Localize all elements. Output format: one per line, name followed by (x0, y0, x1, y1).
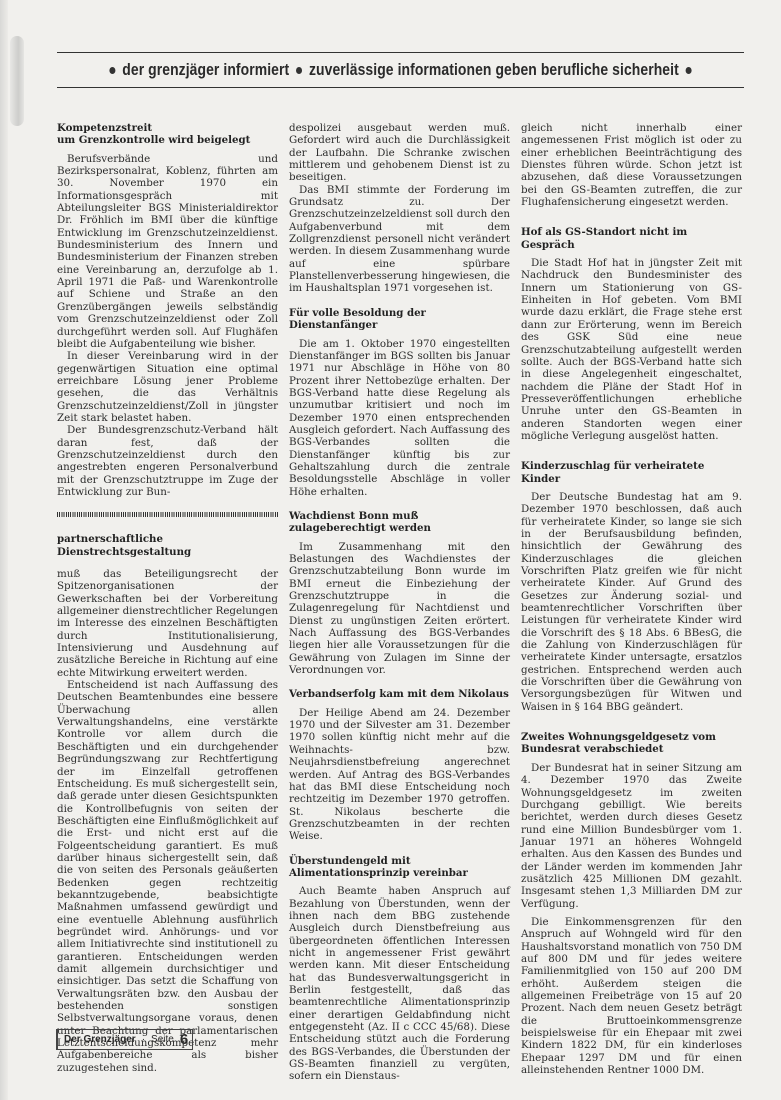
paragraph: gleich nicht innerhalb einer angemessene… (521, 122, 742, 208)
bullet-icon (109, 67, 115, 74)
paragraph: In dieser Vereinbarung wird in der gegen… (57, 350, 278, 424)
masthead: der grenzjäger informiertzuverlässige in… (57, 52, 744, 88)
page-number: 6 (180, 1031, 188, 1048)
spacer (289, 843, 510, 855)
article-title-kinderzuschlag: Kinderzuschlag für verheiratete Kinder (521, 460, 742, 485)
column-1: Kompetenzstreit um Grenzkontrolle wird b… (57, 122, 278, 1074)
article-title-hof: Hof als GS-Standort nicht im Gespräch (521, 226, 742, 251)
article-title-wohnungsgeldgesetz: Zweites Wohnungsgeldgesetz vom Bundesrat… (521, 731, 742, 756)
article-title-dienstanfaenger: Für volle Besoldung der Dienstanfänger (289, 307, 510, 332)
paragraph: Auch Beamte haben Anspruch auf Bezahlung… (289, 885, 510, 1083)
paragraph: despolizei ausgebaut werden muß. Geforde… (289, 122, 510, 184)
bullet-icon (296, 67, 302, 74)
footer-separator: · (142, 1034, 145, 1045)
paragraph: Die Einkommensgrenzen für den Anspruch a… (521, 916, 742, 1076)
spacer (289, 295, 510, 307)
bullet-icon (686, 67, 692, 74)
paragraph: Entscheidend ist nach Auffassung des Deu… (57, 679, 278, 1074)
article-title-kompetenzstreit: Kompetenzstreit um Grenzkontrolle wird b… (57, 122, 278, 147)
paragraph: Berufsverbände und Bezirkspersonalrat, K… (57, 153, 278, 351)
masthead-part1: der grenzjäger informiert (122, 61, 289, 79)
paragraph: Im Zusammenhang mit den Belastungen des … (289, 541, 510, 677)
article-title-wachdienst-bonn: Wachdienst Bonn muß zulageberechtigt wer… (289, 510, 510, 535)
article-title-dienstrecht: partnerschaftliche Dienstrechtsgestaltun… (57, 533, 278, 558)
article-title-nikolaus: Verbandserfolg kam mit dem Nikolaus (289, 688, 510, 700)
binding-shadow (10, 36, 24, 126)
spacer (289, 498, 510, 510)
scan-edge (0, 0, 8, 1100)
column-2: despolizei ausgebaut werden muß. Geforde… (289, 122, 510, 1083)
publication-name: Der Grenzjäger (64, 1034, 136, 1045)
spacer (521, 208, 742, 226)
spacer (521, 713, 742, 731)
paragraph: Die am 1. Oktober 1970 eingestellten Die… (289, 338, 510, 498)
spacer (289, 676, 510, 688)
paragraph: Der Deutsche Bundestag hat am 9. Dezembe… (521, 491, 742, 713)
page-footer: Der Grenzjäger · Seite 6 (56, 1029, 193, 1050)
paragraph: Der Bundesrat hat in seiner Sitzung am 4… (521, 762, 742, 910)
paragraph: Der Heilige Abend am 24. Dezember 1970 u… (289, 707, 510, 843)
column-3: gleich nicht innerhalb einer angemessene… (521, 122, 742, 1076)
paragraph: muß das Beteiligungsrecht der Spitzenorg… (57, 568, 278, 679)
section-divider (57, 512, 278, 517)
paragraph: Die Stadt Hof hat in jüngster Zeit mit N… (521, 257, 742, 442)
page-label: Seite (151, 1034, 174, 1045)
masthead-text: der grenzjäger informiertzuverlässige in… (102, 61, 698, 80)
masthead-part2: zuverlässige informationen geben berufli… (309, 61, 679, 79)
spacer (521, 442, 742, 460)
paragraph: Der Bundesgrenzschutz-Verband hält daran… (57, 424, 278, 498)
article-title-ueberstundengeld: Überstundengeld mit Alimentationsprinzip… (289, 855, 510, 880)
paragraph: Das BMI stimmte der Forderung im Grundsa… (289, 184, 510, 295)
